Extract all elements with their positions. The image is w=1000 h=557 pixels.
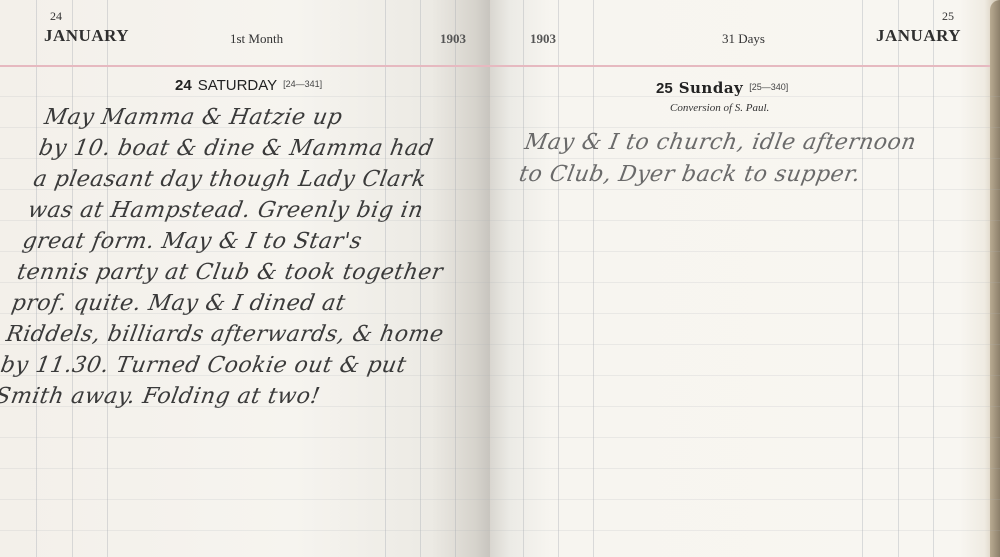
header-rule — [490, 65, 1000, 67]
rule-line — [490, 406, 1000, 407]
rule-line — [0, 530, 490, 531]
rule-line — [455, 0, 456, 557]
entry-line: tennis party at Club & took together — [15, 257, 458, 288]
rule-line — [0, 406, 490, 407]
rule-line — [558, 0, 559, 557]
rule-line — [898, 0, 899, 557]
month-label: 1st Month — [230, 31, 283, 47]
rule-line — [0, 468, 490, 469]
rule-line — [490, 499, 1000, 500]
rule-line — [862, 0, 863, 557]
rule-line — [490, 158, 1000, 159]
rule-line — [490, 530, 1000, 531]
rule-line — [490, 127, 1000, 128]
rule-line — [0, 96, 490, 97]
handwritten-entry: May Mamma & Hatzie up by 10. boat & dine… — [0, 102, 484, 412]
rule-line — [490, 313, 1000, 314]
rule-line — [0, 437, 490, 438]
feast-day: Conversion of S. Paul. — [670, 102, 769, 114]
rule-line — [490, 251, 1000, 252]
rule-line — [490, 96, 1000, 97]
rule-line — [490, 282, 1000, 283]
day-number: 24 — [175, 77, 192, 94]
weekday: Sunday — [679, 79, 744, 97]
day-count: [24—341] — [283, 79, 322, 89]
right-page: 1903 31 Days 25 JANUARY 25Sunday[25—340]… — [490, 0, 1000, 557]
weekday: SATURDAY — [198, 77, 277, 94]
rule-line — [0, 127, 490, 128]
rule-line — [0, 282, 490, 283]
day-number: 25 — [656, 80, 673, 97]
entry-line: prof. quite. May & I dined at — [9, 288, 452, 319]
rule-line — [0, 251, 490, 252]
day-count: [25—340] — [749, 82, 788, 92]
rule-line — [523, 0, 524, 557]
entry-line: May & I to church, idle afternoon — [522, 127, 919, 159]
day-heading: 24SATURDAY[24—341] — [175, 77, 322, 94]
entry-line: May Mamma & Hatzie up — [42, 102, 485, 133]
rule-line — [490, 468, 1000, 469]
page-edge — [990, 0, 1000, 557]
day-heading: 25Sunday[25—340] — [656, 79, 788, 97]
header-rule — [0, 65, 490, 67]
entry-line: by 11.30. Turned Cookie out & put — [0, 350, 441, 381]
month-heading: JANUARY — [876, 26, 961, 46]
rule-line — [490, 189, 1000, 190]
rule-line — [593, 0, 594, 557]
rule-line — [490, 437, 1000, 438]
rule-line — [490, 375, 1000, 376]
rule-line — [490, 220, 1000, 221]
entry-line: great form. May & I to Star's — [20, 226, 463, 257]
year: 1903 — [530, 31, 556, 47]
page-number: 24 — [50, 9, 62, 24]
rule-line — [0, 158, 490, 159]
entry-line: a pleasant day though Lady Clark — [31, 164, 474, 195]
year: 1903 — [440, 31, 466, 47]
diary-spread: 24 JANUARY 1st Month 1903 24SATURDAY[24—… — [0, 0, 1000, 557]
rule-line — [0, 375, 490, 376]
entry-line: was at Hampstead. Greenly big in — [25, 195, 468, 226]
bleed-through-text — [38, 420, 48, 444]
rule-line — [0, 344, 490, 345]
rule-line — [0, 220, 490, 221]
handwritten-entry: May & I to church, idle afternoon to Clu… — [516, 127, 918, 191]
rule-line — [0, 499, 490, 500]
rule-line — [490, 344, 1000, 345]
rule-line — [933, 0, 934, 557]
entry-line: to Club, Dyer back to supper. — [516, 159, 913, 191]
page-number: 25 — [942, 9, 954, 24]
entry-line: by 10. boat & dine & Mamma had — [36, 133, 479, 164]
month-heading: JANUARY — [44, 26, 129, 46]
entry-line: Riddels, billiards afterwards, & home — [4, 319, 447, 350]
entry-line: Smith away. Folding at two! — [0, 381, 435, 412]
month-label: 31 Days — [722, 31, 765, 47]
rule-line — [0, 313, 490, 314]
rule-line — [0, 189, 490, 190]
left-page: 24 JANUARY 1st Month 1903 24SATURDAY[24—… — [0, 0, 490, 557]
